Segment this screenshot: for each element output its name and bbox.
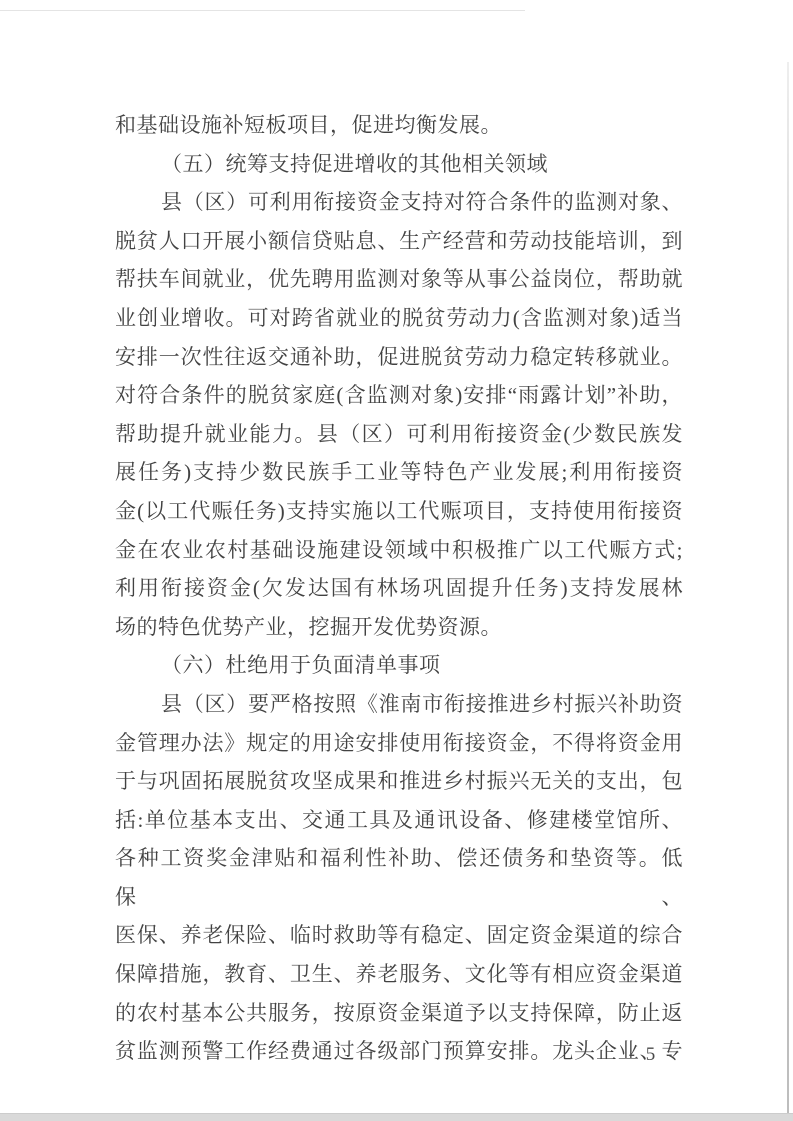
text-line: 利用衔接资金(欠发达国有林场巩固提升任务)支持发展林 (115, 569, 683, 608)
scan-edge-right (787, 62, 789, 1121)
text-line: 展任务)支持少数民族手工业等特色产业发展;利用衔接资 (115, 453, 683, 492)
document-body-text: 和基础设施补短板项目，促进均衡发展。 （五）统筹支持促进增收的其他相关领域 县（… (115, 106, 683, 1071)
text-line: 安排一次性往返交通补助，促进脱贫劳动力稳定转移就业。 (115, 338, 683, 377)
text-line: 帮助提升就业能力。县（区）可利用衔接资金(少数民族发 (115, 415, 683, 454)
text-line: 脱贫人口开展小额信贷贴息、生产经营和劳动技能培训，到 (115, 222, 683, 261)
text-line: 的农村基本公共服务，按原资金渠道予以支持保障，防止返 (115, 994, 683, 1033)
text-line: 于与巩固拓展脱贫攻坚成果和推进乡村振兴无关的支出，包 (115, 762, 683, 801)
text-line: 括:单位基本支出、交通工具及通讯设备、修建楼堂馆所、 (115, 801, 683, 840)
section-heading-5: （五）统筹支持促进增收的其他相关领域 (115, 145, 683, 184)
text-line: 帮扶车间就业，优先聘用监测对象等从事公益岗位，帮助就 (115, 260, 683, 299)
text-line: 各种工资奖金津贴和福利性补助、偿还债务和垫资等。低保、 (115, 839, 683, 916)
text-line: 对符合条件的脱贫家庭(含监测对象)安排“雨露计划”补助， (115, 376, 683, 415)
text-line: 金(以工代赈任务)支持实施以工代赈项目，支持使用衔接资 (115, 492, 683, 531)
document-page: 和基础设施补短板项目，促进均衡发展。 （五）统筹支持促进增收的其他相关领域 县（… (0, 0, 793, 1121)
text-line: 县（区）可利用衔接资金支持对符合条件的监测对象、 (115, 183, 683, 222)
text-line: 业创业增收。可对跨省就业的脱贫劳动力(含监测对象)适当 (115, 299, 683, 338)
scan-edge-bottom (0, 1113, 793, 1121)
text-line: 金管理办法》规定的用途安排使用衔接资金，不得将资金用 (115, 724, 683, 763)
scan-edge-top (0, 10, 525, 11)
text-line: 金在农业农村基础设施建设领域中积极推广以工代赈方式; (115, 531, 683, 570)
text-line: 医保、养老保险、临时救助等有稳定、固定资金渠道的综合 (115, 916, 683, 955)
text-line: 县（区）要严格按照《淮南市衔接推进乡村振兴补助资 (115, 685, 683, 724)
section-heading-6: （六）杜绝用于负面清单事项 (115, 646, 683, 685)
text-line: 和基础设施补短板项目，促进均衡发展。 (115, 106, 683, 145)
text-line: 贫监测预警工作经费通过各级部门预算安排。龙头企业、专 (115, 1032, 683, 1071)
text-line: 场的特色优势产业，挖掘开发优势资源。 (115, 608, 683, 647)
page-number: - 5 - (612, 1042, 692, 1068)
text-line: 保障措施，教育、卫生、养老服务、文化等有相应资金渠道 (115, 955, 683, 994)
